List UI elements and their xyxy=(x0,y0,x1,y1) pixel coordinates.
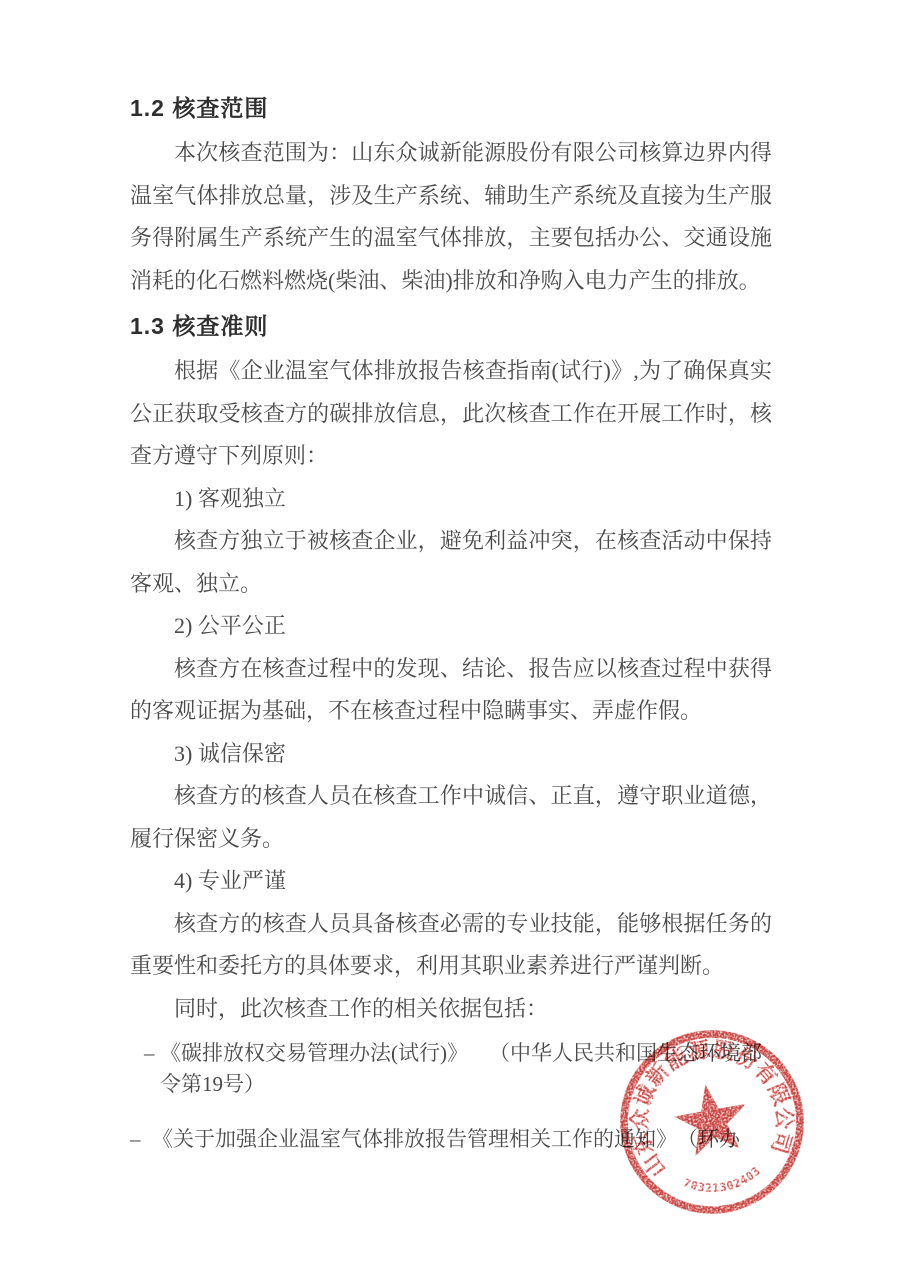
principle-1-body: 核查方独立于被核查企业，避免利益冲突，在核查活动中保持客观、独立。 xyxy=(130,520,772,605)
principle-3-title: 3) 诚信保密 xyxy=(130,733,772,776)
reference-1-text: 《碳排放权交易管理办法(试行)》 （中华人民共和国生态环境部令第19号） xyxy=(160,1038,772,1100)
basis-intro: 同时，此次核查工作的相关依据包括： xyxy=(130,988,772,1031)
principle-2-title: 2) 公平公正 xyxy=(130,605,772,648)
list-item: – 《碳排放权交易管理办法(试行)》 （中华人民共和国生态环境部令第19号） xyxy=(130,1038,772,1100)
list-item-dash: – xyxy=(130,1124,152,1155)
reference-2-text: 《关于加强企业温室气体排放报告管理相关工作的通知》 （环办 xyxy=(152,1124,772,1155)
document-content: 1.2 核查范围 本次核查范围为：山东众诚新能源股份有限公司核算边界内得温室气体… xyxy=(130,84,772,1155)
list-item: – 《关于加强企业温室气体排放报告管理相关工作的通知》 （环办 xyxy=(130,1124,772,1155)
section-1-3-intro: 根据《企业温室气体排放报告核查指南(试行)》,为了确保真实公正获取受核查方的碳排… xyxy=(130,350,772,478)
principle-3-body: 核查方的核查人员在核查工作中诚信、正直，遵守职业道德，履行保密义务。 xyxy=(130,775,772,860)
section-1-2-paragraph: 本次核查范围为：山东众诚新能源股份有限公司核算边界内得温室气体排放总量，涉及生产… xyxy=(130,132,772,302)
principle-2-body: 核查方在核查过程中的发现、结论、报告应以核查过程中获得的客观证据为基础，不在核查… xyxy=(130,648,772,733)
list-item-dash: – xyxy=(130,1038,160,1069)
principle-4-title: 4) 专业严谨 xyxy=(130,860,772,903)
document-page: 1.2 核查范围 本次核查范围为：山东众诚新能源股份有限公司核算边界内得温室气体… xyxy=(0,0,900,1284)
principle-4-body: 核查方的核查人员具备核查必需的专业技能，能够根据任务的重要性和委托方的具体要求，… xyxy=(130,903,772,988)
principle-1-title: 1) 客观独立 xyxy=(130,478,772,521)
reference-list: – 《碳排放权交易管理办法(试行)》 （中华人民共和国生态环境部令第19号） –… xyxy=(130,1038,772,1155)
section-1-2-heading: 1.2 核查范围 xyxy=(130,84,772,132)
section-1-3-heading: 1.3 核查准则 xyxy=(130,302,772,350)
